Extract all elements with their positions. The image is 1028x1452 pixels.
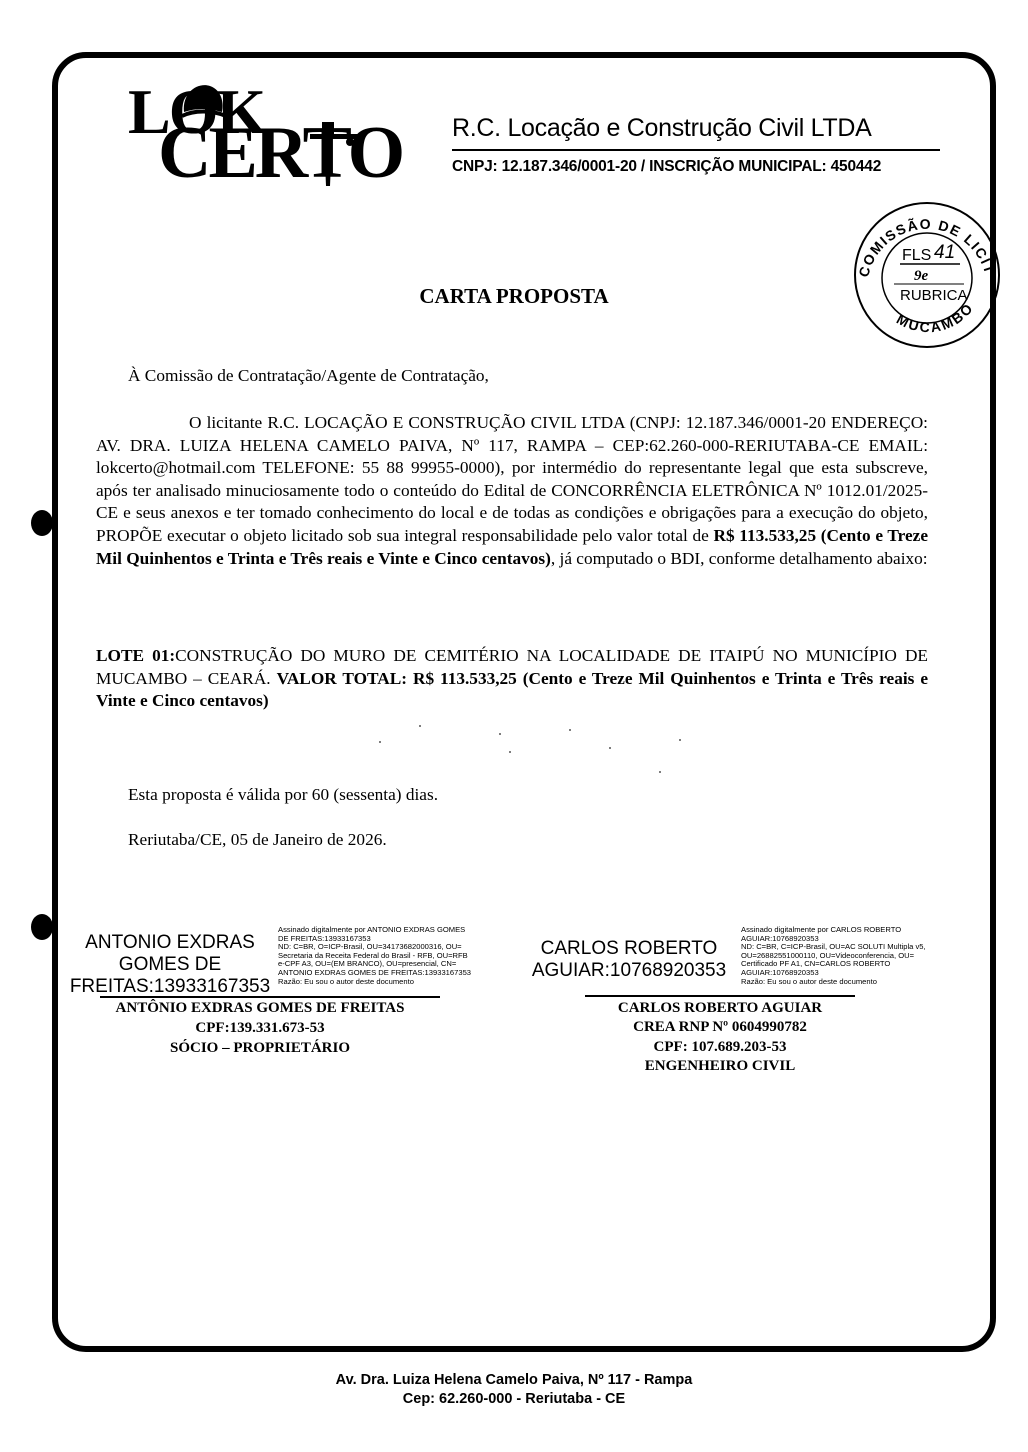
stamp-initials: 9e <box>914 268 929 284</box>
signer-2-name: CARLOS ROBERTO AGUIAR <box>520 999 920 1018</box>
greeting: À Comissão de Contratação/Agente de Cont… <box>128 366 489 386</box>
stamp-top-text: COMISSÃO DE LICITAÇÃO <box>852 200 998 279</box>
document-title: CARTA PROPOSTA <box>0 284 1028 309</box>
signer-2-cpf: CPF: 107.689.203-53 <box>520 1038 920 1057</box>
trowel-icon <box>310 120 362 190</box>
signer-1-cpf: CPF:139.331.673-53 <box>60 1019 460 1038</box>
validity-statement: Esta proposta é válida por 60 (sessenta)… <box>128 785 438 805</box>
lot-label: LOTE 01: <box>96 646 175 665</box>
footer-address: Av. Dra. Luiza Helena Camelo Paiva, Nº 1… <box>0 1371 1028 1409</box>
digital-signature-cert-2: Assinado digitalmente por CARLOS ROBERTO… <box>741 926 971 986</box>
proposal-body-end: , já computado o BDI, conforme detalhame… <box>551 549 928 568</box>
punch-hole <box>31 914 53 940</box>
commission-stamp: COMISSÃO DE LICITAÇÃO MUCAMBO FLS 41 9e … <box>852 200 1002 350</box>
scan-specks <box>360 712 720 782</box>
signature-line-1 <box>100 996 440 998</box>
company-logo: LOK CERTO <box>118 80 428 190</box>
lot-paragraph: LOTE 01:CONSTRUÇÃO DO MURO DE CEMITÉRIO … <box>96 645 928 713</box>
company-name: R.C. Locação e Construção Civil LTDA <box>452 114 871 143</box>
proposal-paragraph: O licitante R.C. LOCAÇÃO E CONSTRUÇÃO CI… <box>96 412 928 570</box>
digital-signature-cert-1: Assinado digitalmente por ANTONIO EXDRAS… <box>278 926 508 986</box>
digital-signature-name-2: CARLOS ROBERTO AGUIAR:10768920353 <box>514 938 744 982</box>
stamp-page-number: 41 <box>934 242 955 263</box>
company-cnpj: CNPJ: 12.187.346/0001-20 / INSCRIÇÃO MUN… <box>452 158 881 176</box>
signature-line-2 <box>585 995 855 997</box>
signer-1-role: SÓCIO – PROPRIETÁRIO <box>60 1039 460 1058</box>
footer-line-2: Cep: 62.260-000 - Reriutaba - CE <box>0 1390 1028 1409</box>
stamp-fls-label: FLS <box>902 247 931 264</box>
svg-text:COMISSÃO DE LICITAÇÃO: COMISSÃO DE LICITAÇÃO <box>852 200 998 279</box>
signer-2-crea: CREA RNP Nº 0604990782 <box>520 1018 920 1037</box>
signer-1-name: ANTÔNIO EXDRAS GOMES DE FREITAS <box>60 999 460 1018</box>
footer-line-1: Av. Dra. Luiza Helena Camelo Paiva, Nº 1… <box>0 1371 1028 1390</box>
header-rule <box>452 149 940 151</box>
digital-signature-name-1: ANTONIO EXDRAS GOMES DE FREITAS:13933167… <box>68 932 272 998</box>
punch-hole <box>31 510 53 536</box>
signer-2-role: ENGENHEIRO CIVIL <box>520 1057 920 1076</box>
place-and-date: Reriutaba/CE, 05 de Janeiro de 2026. <box>128 830 387 850</box>
logo-text-bottom: CERTO <box>158 116 402 190</box>
